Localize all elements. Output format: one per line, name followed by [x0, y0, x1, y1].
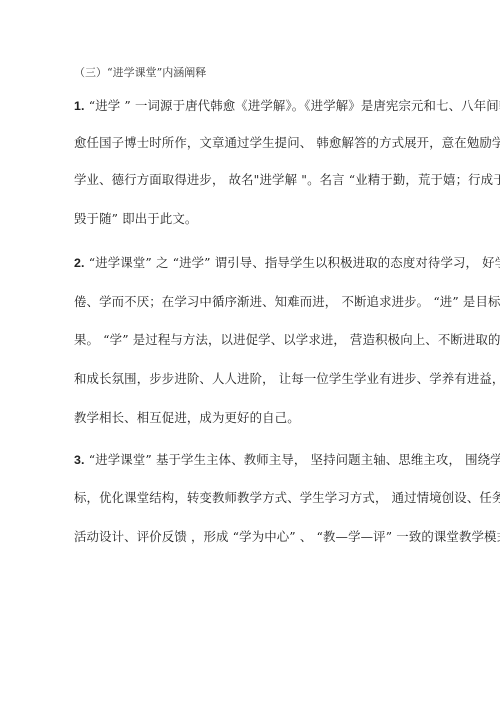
line-text: “进学课堂” 之 “进学” 谓引导、指导学生以积极进取的态度对待学习， 好学不 [89, 255, 500, 270]
paragraph-3-line-3: 活动设计、评价反馈 ，形成 “学为中心” 、 “教—学—评” 一致的课堂教学模式… [74, 527, 500, 545]
paragraph-2-line-4: 和成长氛围，步步进阶、人人进阶， 让每一位学生学业有进步、学养有进益，师生 [74, 369, 500, 387]
paragraph-2-line-5: 教学相长、相互促进，成为更好的自己。 [74, 408, 300, 426]
paragraph-2-line-2: 倦、学而不厌；在学习中循序渐进、知难而进， 不断追求进步。 “进” 是目标与结 [74, 292, 500, 310]
paragraph-1-line-1: 1. “进学 ” 一词源于唐代韩愈《进学解》。《进学解》是唐宪宗元和七、八年间韩 [74, 96, 500, 114]
paragraph-1-line-3: 学业、德行方面取得进步， 故名"进学解 "。名言 “业精于勤，荒于嬉；行成于思， [74, 170, 500, 188]
paragraph-2-line-3: 果。 “学” 是过程与方法，以进促学、以学求进， 营造积极向上、不断进取的学习 [74, 330, 500, 348]
line-text: “进学课堂” 基于学生主体、教师主导， 坚持问题主轴、思维主攻， 围绕学习目 [89, 452, 500, 467]
section-heading: （三）“进学课堂”内涵阐释 [74, 64, 206, 80]
document-page: （三）“进学课堂”内涵阐释 1. “进学 ” 一词源于唐代韩愈《进学解》。《进学… [0, 0, 500, 707]
paragraph-3-line-2: 标，优化课堂结构，转变教师教学方式、学生学习方式， 通过情境创设、任务驱动， [74, 488, 500, 506]
paragraph-1-line-2: 愈任国子博士时所作，文章通过学生提问、 韩愈解答的方式展开，意在勉励学生在 [74, 133, 500, 151]
paragraph-number: 2. [74, 256, 85, 270]
paragraph-2-line-1: 2. “进学课堂” 之 “进学” 谓引导、指导学生以积极进取的态度对待学习， 好… [74, 253, 500, 271]
paragraph-1-line-4: 毁于随” 即出于此文。 [74, 209, 197, 227]
line-text: “进学 ” 一词源于唐代韩愈《进学解》。《进学解》是唐宪宗元和七、八年间韩 [89, 98, 500, 113]
paragraph-3-line-1: 3. “进学课堂” 基于学生主体、教师主导， 坚持问题主轴、思维主攻， 围绕学习… [74, 450, 500, 468]
paragraph-number: 1. [74, 99, 85, 113]
paragraph-number: 3. [74, 453, 85, 467]
